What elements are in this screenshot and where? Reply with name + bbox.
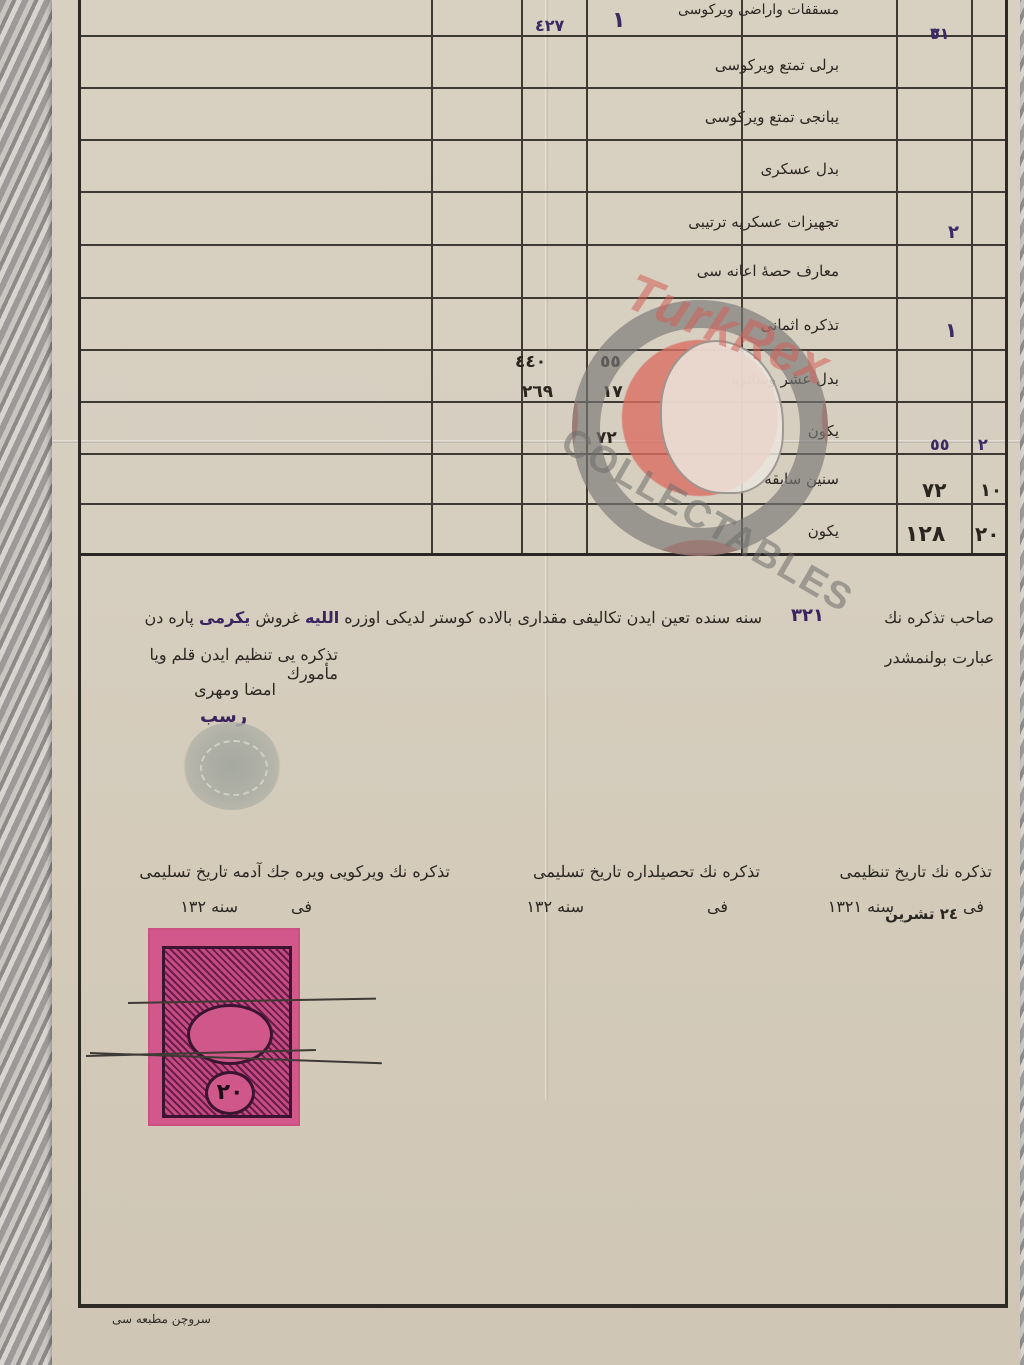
row-label-local-income-tax: برلى تمتع ويركوسى [599,56,839,74]
row-divider [81,87,1005,89]
signature-label: امضا ومهرى [180,680,290,699]
row-divider [81,35,1005,37]
date-issued-handwritten: ٢٤ تشرين [885,905,958,923]
handwritten-amount: الليه [305,608,339,627]
row-divider [81,244,1005,246]
amount-kurus: ٢ [948,222,959,243]
handwritten-para: يكرمى [199,608,250,627]
statement-text-end: پاره دن [144,608,193,627]
tax-table [81,0,1005,556]
column-divider [971,0,973,556]
amount-para: ٢ [978,435,988,454]
statement-text: سنه سنده تعين ايدن تكاليفى مقدارى بالاده… [344,608,762,627]
row-divider [81,349,1005,351]
printer-imprint: سروچن مطبعه سى [112,1312,211,1326]
column-divider [431,0,433,556]
row-divider [81,191,1005,193]
side-note: ٢٦٩ [522,382,553,402]
amount-para: ١٠ [980,480,1002,501]
date-taxpayer-year: سنه ١٣٢ [180,897,238,916]
amount-kurus: ٥١ [930,24,950,43]
amount-kurus: ٥٥ [930,435,950,454]
statement-line2-right: عبارت بولنمشدر [885,648,994,667]
total-para: ٢٠ [975,522,999,546]
stamp-value: ٢٠ [205,1071,255,1115]
total-kurus: ١٢٨ [905,522,945,547]
statement-line2-left: تذكره يى تنظيم ايدن قلم ويا مأمورك [98,645,338,683]
date-collector-prefix: فى [707,897,728,916]
row-divider [81,297,1005,299]
column-divider [896,0,898,556]
date-issued-label: تذكره نك تاريخ تنظيمى [839,862,992,881]
seal-calligraphy [200,740,268,796]
stamp-frame: ٢٠ [162,946,292,1118]
date-collector-label: تذكره نك تحصيلداره تاريخ تسليمى [533,862,760,881]
table-bottom-rule [81,553,1005,556]
date-taxpayer-prefix: فى [291,897,312,916]
handwritten-value: ٤٢٧ [535,16,564,35]
border-bottom [78,1304,1008,1308]
statement-prefix: صاحب تذكره نك [884,608,994,627]
amount-kurus: ١ [945,318,957,342]
date-issued-prefix: فى [963,897,984,916]
row-divider [81,139,1005,141]
column-divider [521,0,523,556]
date-collector-year: سنه ١٣٢ [526,897,584,916]
side-note: ٤٤٠ [515,352,546,372]
row-label-foreign-income-tax: يبانجى تمتع ويركوسى [599,108,839,126]
handwritten-count: ١ [612,8,625,33]
amount-kurus: ٧٢ [922,478,946,502]
row-divider [81,453,1005,455]
revenue-stamp: ٢٠ [148,928,300,1126]
border-right [1005,0,1008,1308]
row-label-military-equipment: تجهيزات عسكريه ترتيبى [599,213,839,231]
date-issued-year: سنه ١٣٢١ [828,897,894,916]
row-label-property-tax: مسقفات واراضى ويركوسى [599,2,839,18]
statement-line1: سنه سنده تعين ايدن تكاليفى مقدارى بالاده… [144,608,762,627]
currency-label: غروش [255,608,299,627]
row-label-military-exemption: بدل عسكرى [599,160,839,178]
row-divider [81,503,1005,505]
date-taxpayer-label: تذكره نك ويركويى ويره جك آدمه تاريخ تسلي… [139,862,450,881]
